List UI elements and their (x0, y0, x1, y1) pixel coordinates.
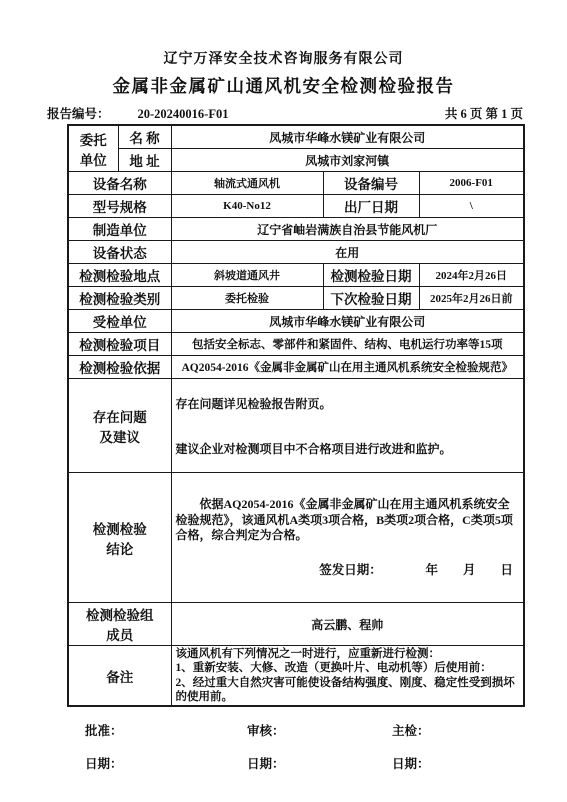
table-row: 检测检验项目 包括安全标志、零部件和紧固件、结构、电机运行功率等15项 (68, 333, 524, 356)
problems-line-2: 建议企业对检测项目中不合格项目进行改进和监护。 (176, 440, 520, 457)
basis-label: 检测检验依据 (68, 356, 171, 379)
table-row: 检测检验组 成员 高云鹏、程帅 (68, 603, 524, 646)
review-date-label: 日期： (247, 754, 392, 772)
table-row: 制造单位 辽宁省岫岩满族自治县节能风机厂 (68, 218, 524, 241)
next-date-value: 2025年2月26日前 (419, 287, 524, 310)
table-row: 设备状态 在用 (68, 241, 524, 264)
inspected-unit-value: 凤城市华峰水镁矿业有限公司 (171, 310, 524, 333)
approve-label: 批准： (85, 721, 247, 739)
table-row: 地 址 凤城市刘家河镇 (68, 149, 524, 172)
next-date-label: 下次检验日期 (323, 287, 419, 310)
client-address-label: 地 址 (118, 149, 171, 172)
review-label: 审核： (247, 721, 392, 739)
client-address-value: 凤城市刘家河镇 (171, 149, 524, 172)
conclusion-label: 检测检验 结论 (68, 473, 171, 603)
sign-date-line: 签发日期： 年 月 日 (176, 560, 520, 578)
report-title: 金属非金属矿山通风机安全检测检验报告 (0, 73, 567, 98)
manufacturer-value: 辽宁省岫岩满族自治县节能风机厂 (171, 218, 524, 241)
report-number-value: 20-20240016-F01 (138, 107, 229, 121)
table-row: 检测检验 结论 依据AQ2054-2016《金属非金属矿山在用主通风机系统安全检… (68, 473, 524, 603)
items-value: 包括安全标志、零部件和紧固件、结构、电机运行功率等15项 (171, 333, 524, 356)
table-row: 备注 该通风机有下列情况之一时进行，应重新进行检测： 1、重新安装、大修、改造（… (68, 646, 524, 707)
table-row: 委托 单位 名 称 凤城市华峰水镁矿业有限公司 (68, 125, 524, 149)
conclusion-text: 依据AQ2054-2016《金属非金属矿山在用主通风机系统安全检验规范》，该通风… (176, 497, 520, 544)
page-info: 共 6 页 第 1 页 (445, 104, 523, 122)
remark-label: 备注 (68, 646, 171, 707)
factory-date-label: 出厂日期 (323, 195, 419, 218)
problems-cell: 存在问题详见检验报告附页。 建议企业对检测项目中不合格项目进行改进和监护。 (171, 379, 524, 473)
approve-date-label: 日期： (85, 754, 247, 772)
factory-date-value: \ (419, 195, 524, 218)
remark-value: 该通风机有下列情况之一时进行，应重新进行检测： 1、重新安装、大修、改造（更换叶… (171, 646, 524, 707)
items-label: 检测检验项目 (68, 333, 171, 356)
device-no-value: 2006-F01 (419, 172, 524, 195)
chief-label: 主检： (392, 721, 430, 739)
location-label: 检测检验地点 (68, 264, 171, 287)
chief-date-label: 日期： (392, 754, 430, 772)
device-name-label: 设备名称 (68, 172, 171, 195)
report-number-group: 报告编号：20-20240016-F01 (47, 104, 228, 122)
table-row: 存在问题 及建议 存在问题详见检验报告附页。 建议企业对检测项目中不合格项目进行… (68, 379, 524, 473)
signature-row: 批准： 审核： 主检： (0, 721, 567, 739)
problems-line-1: 存在问题详见检验报告附页。 (176, 395, 520, 412)
team-value: 高云鹏、程帅 (171, 603, 524, 646)
status-value: 在用 (171, 241, 524, 264)
report-page: 辽宁万泽安全技术咨询服务有限公司 金属非金属矿山通风机安全检测检验报告 报告编号… (0, 0, 567, 802)
model-label: 型号规格 (68, 195, 171, 218)
device-no-label: 设备编号 (323, 172, 419, 195)
conclusion-cell: 依据AQ2054-2016《金属非金属矿山在用主通风机系统安全检验规范》，该通风… (171, 473, 524, 603)
table-row: 检测检验依据 AQ2054-2016《金属非金属矿山在用主通风机系统安全检验规范… (68, 356, 524, 379)
problems-label: 存在问题 及建议 (68, 379, 171, 473)
report-number-line: 报告编号：20-20240016-F01 共 6 页 第 1 页 (47, 104, 523, 122)
manufacturer-label: 制造单位 (68, 218, 171, 241)
company-title: 辽宁万泽安全技术咨询服务有限公司 (0, 0, 567, 68)
client-name-value: 凤城市华峰水镁矿业有限公司 (171, 125, 524, 149)
model-value: K40-No12 (171, 195, 323, 218)
client-unit-label: 委托 单位 (68, 125, 118, 172)
test-date-label: 检测检验日期 (323, 264, 419, 287)
table-row: 受检单位 凤城市华峰水镁矿业有限公司 (68, 310, 524, 333)
report-table: 委托 单位 名 称 凤城市华峰水镁矿业有限公司 地 址 凤城市刘家河镇 设备名称… (67, 124, 525, 707)
location-value: 斜坡道通风井 (171, 264, 323, 287)
report-number-label: 报告编号： (47, 107, 110, 121)
device-name-value: 轴流式通风机 (171, 172, 323, 195)
table-row: 型号规格 K40-No12 出厂日期 \ (68, 195, 524, 218)
signature-date-row: 日期： 日期： 日期： (0, 754, 567, 772)
table-row: 检测检验地点 斜坡道通风井 检测检验日期 2024年2月26日 (68, 264, 524, 287)
inspected-unit-label: 受检单位 (68, 310, 171, 333)
table-row: 设备名称 轴流式通风机 设备编号 2006-F01 (68, 172, 524, 195)
team-label: 检测检验组 成员 (68, 603, 171, 646)
test-date-value: 2024年2月26日 (419, 264, 524, 287)
status-label: 设备状态 (68, 241, 171, 264)
basis-value: AQ2054-2016《金属非金属矿山在用主通风机系统安全检验规范》 (171, 356, 524, 379)
category-label: 检测检验类别 (68, 287, 171, 310)
client-name-label: 名 称 (118, 125, 171, 149)
category-value: 委托检验 (171, 287, 323, 310)
table-row: 检测检验类别 委托检验 下次检验日期 2025年2月26日前 (68, 287, 524, 310)
